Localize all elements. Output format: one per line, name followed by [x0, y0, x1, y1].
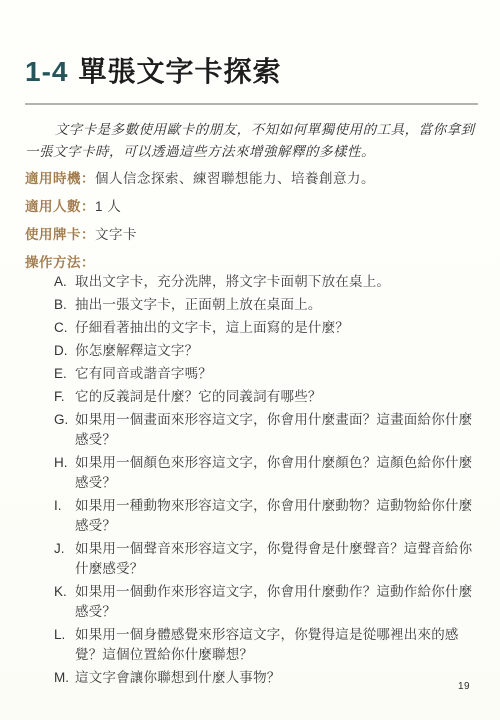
step-item: D. 你怎麼解釋這文字？ — [25, 341, 478, 361]
step-item: A. 取出文字卡，充分洗牌，將文字卡面朝下放在桌上。 — [25, 272, 478, 292]
section-label: 使用牌卡： — [25, 227, 95, 242]
step-item: C. 仔細看著抽出的文字卡，這上面寫的是什麼？ — [25, 318, 478, 338]
step-item: L. 如果用一個身體感覺來形容這文字，你覺得這是從哪裡出來的感覺？這個位置給你什… — [25, 625, 478, 665]
section-label: 適用時機： — [25, 171, 95, 186]
step-text: 如果用一種動物來形容這文字，你會用什麼動物？這動物給你什麼感受？ — [75, 496, 478, 536]
section-content: 個人信念探索、練習聯想能力、培養創意力。 — [95, 171, 375, 186]
page-number: 19 — [458, 681, 470, 692]
step-item: J. 如果用一個聲音來形容這文字，你覺得會是什麼聲音？這聲音給你什麼感受？ — [25, 539, 478, 579]
step-item: G. 如果用一個畫面來形容這文字，你會用什麼畫面？這畫面給你什麼感受？ — [25, 410, 478, 450]
step-letter: I. — [54, 496, 75, 516]
step-text: 抽出一張文字卡，正面朝上放在桌面上。 — [75, 295, 478, 315]
step-letter: A. — [54, 272, 75, 292]
intro-line: 文字卡是多數使用歐卡的朋友，不知如何單獨使用的工具，當你拿到 — [25, 119, 478, 141]
step-text: 這文字會讓你聯想到什麼人事物？ — [75, 668, 478, 688]
step-letter: D. — [54, 341, 75, 361]
step-item: F. 它的反義詞是什麼？它的同義詞有哪些？ — [25, 387, 478, 407]
section-row-cards: 使用牌卡：文字卡 — [25, 227, 478, 242]
section-label: 操作方法： — [25, 255, 95, 270]
step-text: 它的反義詞是什麼？它的同義詞有哪些？ — [75, 387, 478, 407]
steps-list: A. 取出文字卡，充分洗牌，將文字卡面朝下放在桌上。 B. 抽出一張文字卡，正面… — [25, 272, 478, 688]
step-item: M. 這文字會讓你聯想到什麼人事物？ — [25, 668, 478, 688]
meta-sections: 適用時機：個人信念探索、練習聯想能力、培養創意力。 適用人數：1 人 使用牌卡：… — [25, 171, 478, 270]
step-letter: K. — [54, 582, 75, 602]
step-text: 你怎麼解釋這文字？ — [75, 341, 478, 361]
step-letter: J. — [54, 539, 75, 559]
step-letter: M. — [54, 668, 75, 688]
step-item: I. 如果用一種動物來形容這文字，你會用什麼動物？這動物給你什麼感受？ — [25, 496, 478, 536]
chapter-title-text: 單張文字卡探索 — [78, 56, 281, 87]
step-letter: C. — [54, 318, 75, 338]
step-text: 如果用一個顏色來形容這文字，你會用什麼顏色？這顏色給你什麼感受？ — [75, 453, 478, 493]
step-item: E. 它有同音或諧音字嗎？ — [25, 364, 478, 384]
step-text: 如果用一個身體感覺來形容這文字，你覺得這是從哪裡出來的感覺？這個位置給你什麼聯想… — [75, 625, 478, 665]
page-title: 1-4單張文字卡探索 — [25, 54, 478, 90]
step-text: 取出文字卡，充分洗牌，將文字卡面朝下放在桌上。 — [75, 272, 478, 292]
step-letter: L. — [54, 625, 75, 645]
intro-line: 一張文字卡時，可以透過這些方法來增強解釋的多樣性。 — [25, 141, 478, 163]
title-divider — [25, 103, 478, 105]
section-content: 1 人 — [95, 199, 121, 214]
step-letter: B. — [54, 295, 75, 315]
step-item: B. 抽出一張文字卡，正面朝上放在桌面上。 — [25, 295, 478, 315]
intro-paragraph: 文字卡是多數使用歐卡的朋友，不知如何單獨使用的工具，當你拿到 一張文字卡時，可以… — [25, 119, 478, 163]
step-text: 如果用一個動作來形容這文字，你會用什麼動作？這動作給你什麼感受？ — [75, 582, 478, 622]
step-letter: G. — [54, 410, 75, 430]
step-text: 它有同音或諧音字嗎？ — [75, 364, 478, 384]
chapter-number: 1-4 — [25, 56, 68, 87]
book-page: 1-4單張文字卡探索 文字卡是多數使用歐卡的朋友，不知如何單獨使用的工具，當你拿… — [0, 0, 500, 720]
step-item: H. 如果用一個顏色來形容這文字，你會用什麼顏色？這顏色給你什麼感受？ — [25, 453, 478, 493]
step-item: K. 如果用一個動作來形容這文字，你會用什麼動作？這動作給你什麼感受？ — [25, 582, 478, 622]
section-row-timing: 適用時機：個人信念探索、練習聯想能力、培養創意力。 — [25, 171, 478, 186]
step-text: 仔細看著抽出的文字卡，這上面寫的是什麼？ — [75, 318, 478, 338]
section-content: 文字卡 — [95, 227, 137, 242]
step-letter: H. — [54, 453, 75, 473]
section-row-people: 適用人數：1 人 — [25, 199, 478, 214]
step-letter: F. — [54, 387, 75, 407]
step-text: 如果用一個畫面來形容這文字，你會用什麼畫面？這畫面給你什麼感受？ — [75, 410, 478, 450]
section-row-method: 操作方法： — [25, 255, 478, 270]
section-label: 適用人數： — [25, 199, 95, 214]
step-text: 如果用一個聲音來形容這文字，你覺得會是什麼聲音？這聲音給你什麼感受？ — [75, 539, 478, 579]
step-letter: E. — [54, 364, 75, 384]
